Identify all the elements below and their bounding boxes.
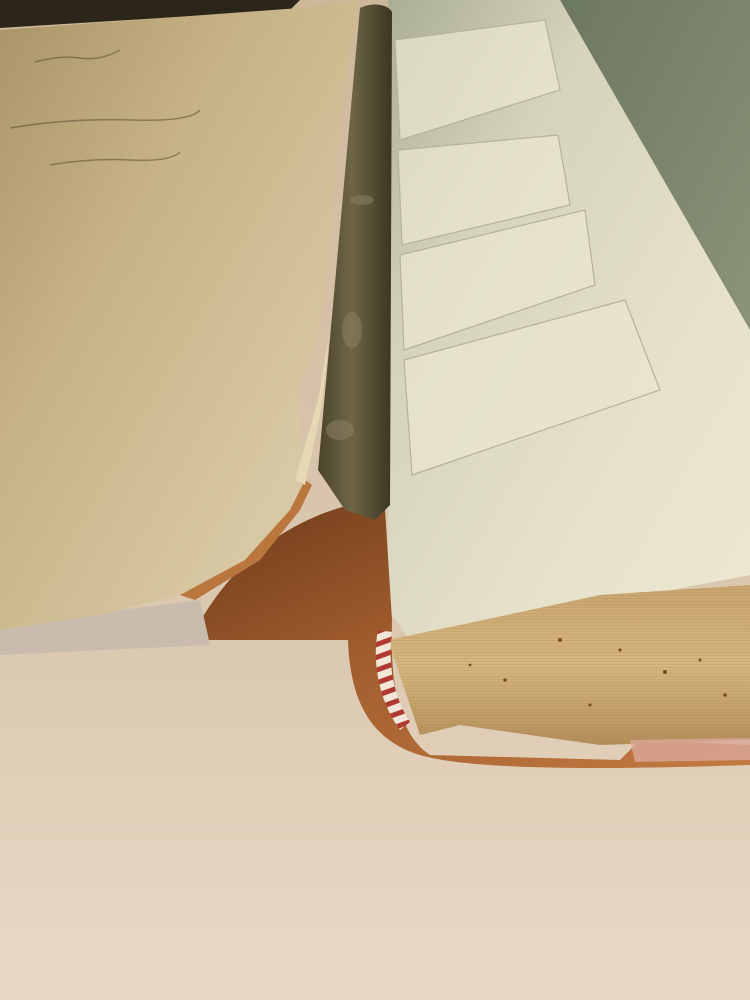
photo-canvas <box>0 0 750 1000</box>
book-photograph <box>0 0 750 1000</box>
rear-board-edge <box>630 738 750 762</box>
